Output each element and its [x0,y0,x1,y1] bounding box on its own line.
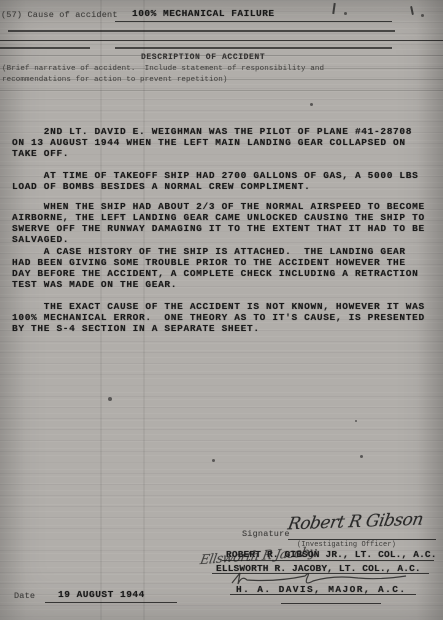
narrative-paragraph-1: 2ND LT. DAVID E. WEIGHMAN WAS THE PILOT … [12,126,412,159]
scan-smudge [332,3,336,14]
scan-speck [360,455,363,458]
cause-underline [115,21,392,22]
ruled-line [0,40,443,41]
date-label: Date [14,591,35,601]
ruled-line [8,30,395,32]
handwritten-signature-1: Robert R Gibson [286,510,424,535]
cause-of-accident-label: (57) Cause of accident [1,10,118,20]
date-value: 19 AUGUST 1944 [58,589,145,600]
date-underline [45,602,177,603]
narrative-paragraph-5: THE EXACT CAUSE OF THE ACCIDENT IS NOT K… [12,301,425,334]
scanned-document-page: (57) Cause of accident 100% MECHANICAL F… [0,0,443,620]
scan-speck [344,12,347,15]
scan-speck [108,397,112,401]
narrative-paragraph-2: AT TIME OF TAKEOFF SHIP HAD 2700 GALLONS… [12,170,418,192]
section-subtitle: (Brief narrative of accident. Include st… [2,64,324,86]
narrative-paragraph-3: WHEN THE SHIP HAD ABOUT 2/3 OF THE NORMA… [12,201,425,245]
signature-line-4 [230,594,416,595]
scan-speck [212,459,215,462]
signature-line-1 [288,539,436,540]
scan-smudge [410,6,414,15]
cause-of-accident-value: 100% MECHANICAL FAILURE [132,8,275,19]
section-title: DESCRIPTION OF ACCIDENT [141,53,265,62]
ruled-line [0,90,443,91]
scan-speck [421,14,424,17]
scan-speck [355,420,357,422]
scan-speck [120,215,122,217]
narrative-paragraph-4: A CASE HISTORY OF THE SHIP IS ATTACHED. … [12,246,418,290]
ruled-line [115,47,392,49]
ruled-line [0,47,90,49]
scan-speck [310,103,313,106]
signature-label: Signature [242,529,290,539]
signature-line-5 [281,603,381,604]
